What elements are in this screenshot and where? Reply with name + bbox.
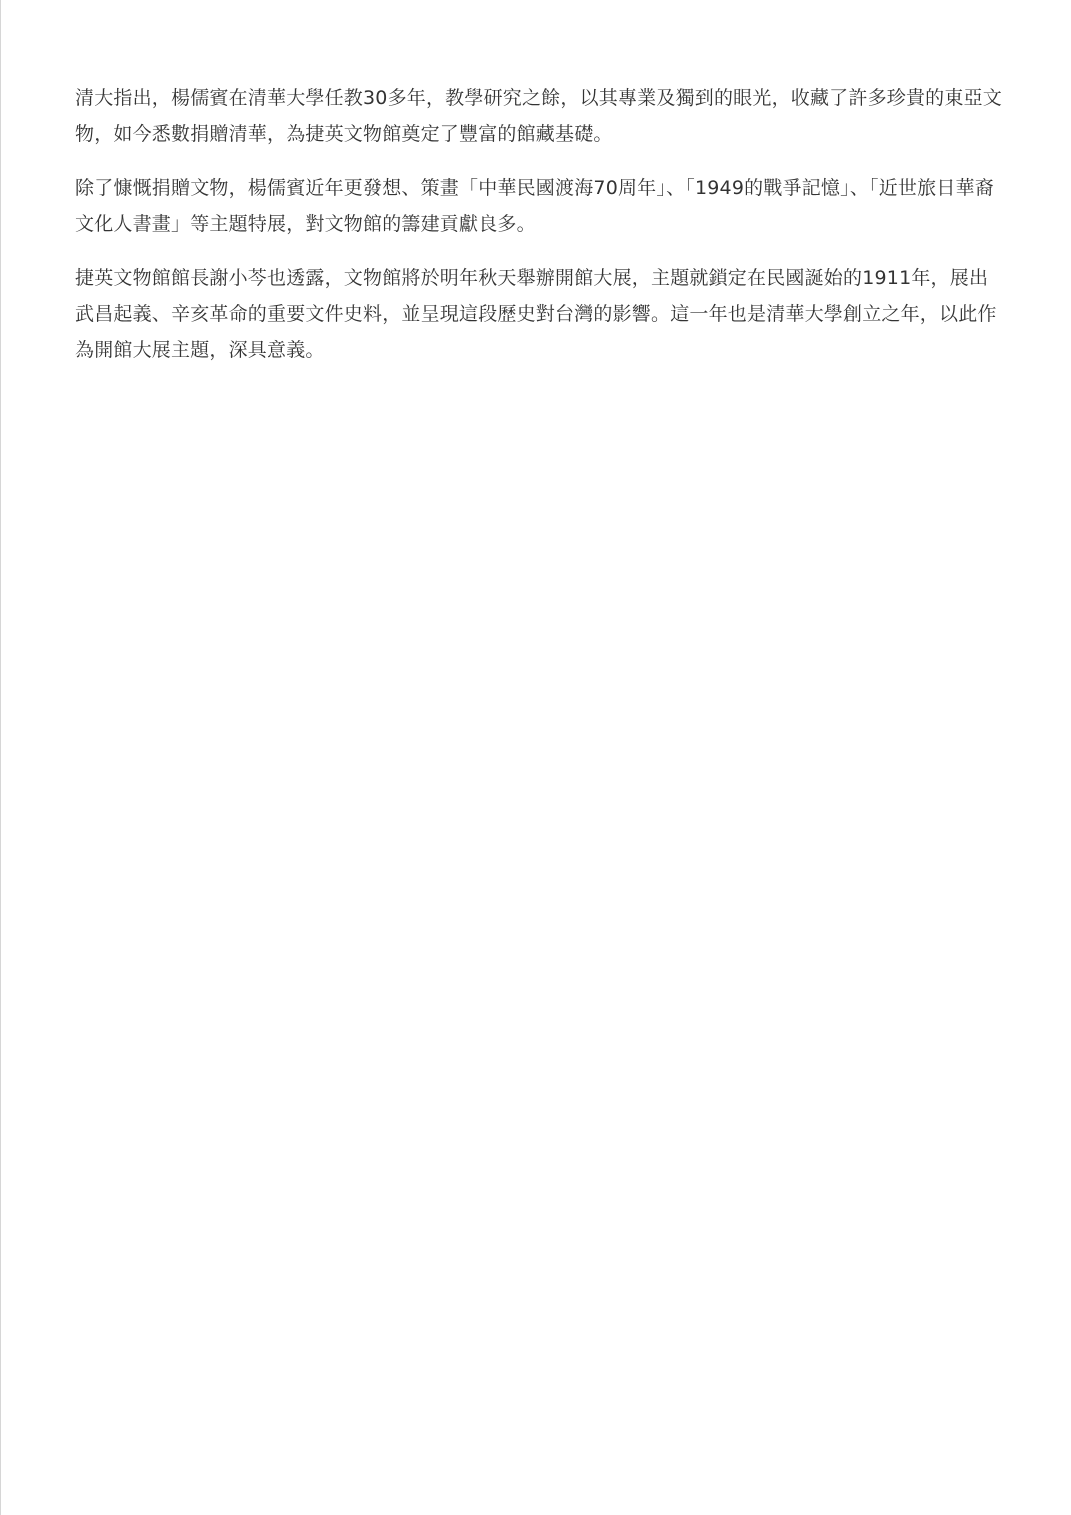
article-paragraph: 捷英文物館館長謝小芩也透露，文物館將於明年秋天舉辦開館大展，主題就鎖定在民國誕始…	[75, 260, 1005, 368]
article-paragraph: 除了慷慨捐贈文物，楊儒賓近年更發想、策畫「中華民國渡海70周年」、「1949的戰…	[75, 170, 1005, 242]
article-paragraph: 清大指出，楊儒賓在清華大學任教30多年，教學研究之餘，以其專業及獨到的眼光，收藏…	[75, 80, 1005, 152]
article-body: 清大指出，楊儒賓在清華大學任教30多年，教學研究之餘，以其專業及獨到的眼光，收藏…	[75, 80, 1005, 386]
